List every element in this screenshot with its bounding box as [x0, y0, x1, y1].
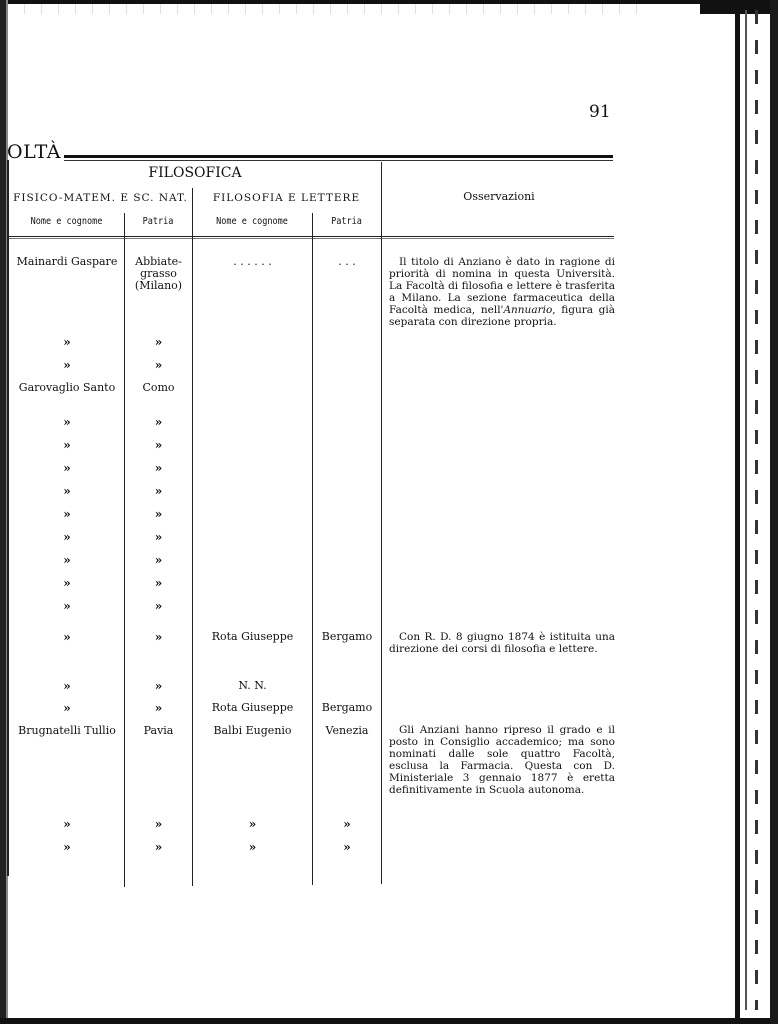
ditto-mark: »	[193, 818, 312, 830]
ditto-mark: »	[125, 462, 192, 474]
patria-cell: . . .	[313, 256, 381, 268]
name-cell: Balbi Eugenio	[193, 725, 312, 737]
ditto-mark: »	[10, 485, 124, 497]
observation-note: Con R. D. 8 giugno 1874 è istituita una …	[389, 631, 615, 655]
page-number: 91	[589, 102, 611, 122]
name-cell: Brugnatelli Tullio	[10, 725, 124, 737]
page-stack-edge	[735, 8, 740, 1018]
observations-divider	[381, 162, 382, 884]
ditto-mark: »	[125, 631, 192, 643]
name-cell: Rota Giuseppe	[193, 702, 312, 714]
ditto-mark: »	[125, 577, 192, 589]
ditto-mark: »	[10, 508, 124, 520]
ditto-mark: »	[313, 818, 381, 830]
column-header-name: Nome e cognome	[201, 216, 303, 227]
ditto-mark: »	[10, 439, 124, 451]
ditto-mark: »	[10, 818, 124, 830]
patria-cell: Bergamo	[313, 702, 381, 714]
page-stack-edge	[755, 10, 758, 1010]
section-heading-fisico: FISICO-MATEM. E SC. NAT.	[9, 192, 192, 204]
column-divider	[312, 213, 313, 885]
faculty-heading: FILOSOFICA	[9, 165, 381, 181]
header-bottom-rule	[8, 236, 614, 237]
page-stack-edge	[745, 10, 747, 1010]
patria-cell: Abbiate- grasso (Milano)	[125, 256, 192, 292]
table-left-border	[7, 160, 9, 876]
section-divider	[192, 188, 193, 886]
column-divider	[124, 213, 125, 887]
column-header-name: Nome e cognome	[18, 216, 116, 227]
ditto-mark: »	[125, 680, 192, 692]
name-cell: Garovaglio Santo	[10, 382, 124, 394]
ditto-mark: »	[125, 702, 192, 714]
ditto-mark: »	[125, 416, 192, 428]
ditto-mark: »	[10, 680, 124, 692]
ditto-mark: »	[10, 336, 124, 348]
patria-cell: Pavia	[125, 725, 192, 737]
ditto-mark: »	[125, 818, 192, 830]
page-stack-edge	[770, 0, 778, 1024]
patria-cell: Como	[125, 382, 192, 394]
column-header-patria: Patria	[317, 216, 376, 227]
ditto-mark: »	[10, 577, 124, 589]
ditto-mark: »	[10, 359, 124, 371]
ditto-mark: »	[125, 485, 192, 497]
ditto-mark: »	[125, 600, 192, 612]
ditto-mark: »	[125, 531, 192, 543]
ditto-mark: »	[10, 416, 124, 428]
patria-cell: Bergamo	[313, 631, 381, 643]
ditto-mark: »	[125, 841, 192, 853]
ditto-mark: »	[10, 462, 124, 474]
section-heading-filosofia: FILOSOFIA E LETTERE	[192, 192, 381, 204]
name-cell: N. N.	[193, 680, 312, 692]
header-bottom-rule	[8, 238, 614, 239]
column-header-patria: Patria	[129, 216, 187, 227]
ditto-mark: »	[10, 841, 124, 853]
column-header-observations: Osservazioni	[381, 190, 617, 203]
ditto-mark: »	[313, 841, 381, 853]
ditto-mark: »	[10, 631, 124, 643]
name-cell: Rota Giuseppe	[193, 631, 312, 643]
observation-note: Gli Anziani hanno ripreso il grado e il …	[389, 724, 615, 796]
section-title: OLTÀ	[7, 141, 61, 163]
observation-note: Il titolo di Anziano è dato in ragione d…	[389, 256, 615, 328]
ditto-mark: »	[10, 702, 124, 714]
ditto-mark: »	[125, 439, 192, 451]
header-rule	[64, 155, 613, 158]
ditto-mark: »	[10, 554, 124, 566]
patria-cell: Venezia	[313, 725, 381, 737]
ditto-mark: »	[10, 600, 124, 612]
ditto-mark: »	[193, 841, 312, 853]
ditto-mark: »	[10, 531, 124, 543]
header-rule-thin	[64, 160, 613, 161]
scan-noise	[0, 4, 640, 14]
ditto-mark: »	[125, 359, 192, 371]
name-cell: . . . . . .	[193, 256, 312, 268]
ditto-mark: »	[125, 554, 192, 566]
ditto-mark: »	[125, 508, 192, 520]
name-cell: Mainardi Gaspare	[10, 256, 124, 268]
scan-edge-bottom	[0, 1018, 778, 1024]
ditto-mark: »	[125, 336, 192, 348]
